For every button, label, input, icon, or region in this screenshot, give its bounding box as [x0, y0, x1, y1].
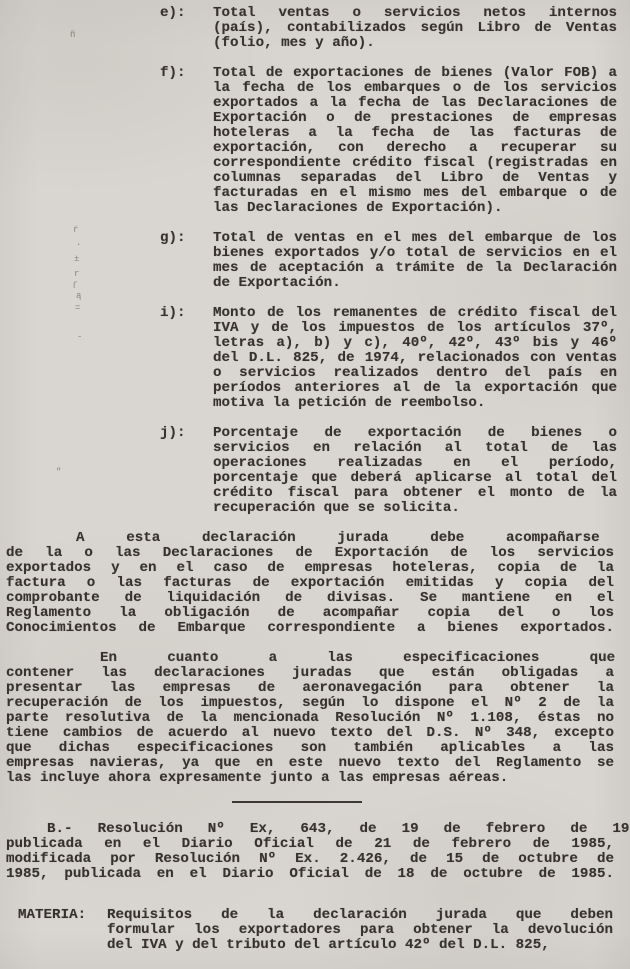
- text-line: factura o las facturas de exportación em…: [6, 576, 614, 591]
- text-line: Monto de los remanentes de crédito fisca…: [213, 306, 617, 321]
- text-line: motiva la petición de reembolso.: [213, 396, 617, 411]
- text-line: facturadas en el mismo mes del embarque …: [213, 186, 617, 201]
- text-line: o servicios realizados dentro del país e…: [213, 366, 617, 381]
- section-divider: [232, 801, 362, 803]
- text-line: del IVA y del tributo del artículo 42º d…: [107, 938, 613, 953]
- text-line: crédito fiscal para obtener el monto de …: [213, 486, 617, 501]
- item-i: i):Monto de los remanentes de crédito fi…: [6, 306, 614, 411]
- text-line: (folio, mes y año).: [213, 36, 617, 51]
- text-line: exportación, con derecho a recuperar su: [213, 141, 617, 156]
- text-line: tiene cambios de acuerdo al nuevo texto …: [6, 726, 614, 741]
- text-line: mes de aceptación a trámite de la Declar…: [213, 261, 617, 276]
- text-line: Conocimientos de Embarque correspondient…: [6, 621, 614, 636]
- text-line: del D.L. 825, de 1974, relacionados con …: [213, 351, 617, 366]
- item-letter-label: j):: [160, 426, 213, 516]
- text-line: contener las declaraciones juradas que e…: [6, 666, 614, 681]
- text-line: Reglamento la obligación de acompañar co…: [6, 606, 614, 621]
- scan-artifact-mark: ŕ: [73, 226, 78, 235]
- item-letter-label: f):: [160, 66, 213, 216]
- text-line: parte resolutiva de la mencionada Resolu…: [6, 711, 614, 726]
- text-line: las incluye ahora expresamente junto a l…: [6, 771, 614, 786]
- item-letter-label: e):: [160, 6, 213, 51]
- item-e: e):Total ventas o servicios netos intern…: [6, 6, 614, 51]
- materia-label: MATERIA:: [18, 908, 107, 953]
- text-line: columnas separadas del Libro de Ventas y: [213, 171, 617, 186]
- para-specifications: En cuanto a las especificaciones que deb…: [6, 651, 614, 786]
- para-attachments: A esta declaración jurada debe acompañar…: [6, 531, 614, 636]
- item-text-column: Total de ventas en el mes del embarque d…: [213, 231, 617, 291]
- text-line: la fecha de los embarques o de los servi…: [213, 81, 617, 96]
- text-line: de la o las Declaraciones de Exportación…: [6, 546, 614, 561]
- text-line: (país), contabilizados según Libro de Ve…: [213, 21, 617, 36]
- text-line: Total de ventas en el mes del embarque d…: [213, 231, 617, 246]
- item-f: f):Total de exportaciones de bienes (Val…: [6, 66, 614, 216]
- text-line: publicada en el Diario Oficial de 21 de …: [6, 837, 614, 852]
- scan-artifact-mark: ±: [74, 255, 79, 264]
- text-line: correspondiente crédito fiscal (registra…: [213, 156, 617, 171]
- scan-artifact-mark: =: [75, 304, 80, 313]
- text-line: servicios en relación al total de las: [213, 441, 617, 456]
- scan-artifact-mark: ": [56, 468, 61, 477]
- document-body: e):Total ventas o servicios netos intern…: [6, 6, 614, 953]
- scan-artifact-mark: ·: [76, 241, 81, 250]
- item-text-column: Total ventas o servicios netos internos(…: [213, 6, 617, 51]
- text-line: Requisitos de la declaración jurada que …: [107, 908, 613, 923]
- text-line: 1985, publicada en el Diario Oficial de …: [6, 867, 614, 882]
- scan-artifact-mark: ą: [76, 292, 81, 301]
- text-line: Exportación o de prestaciones de empresa…: [213, 111, 617, 126]
- text-line: exportados y en el caso de empresas hote…: [6, 561, 614, 576]
- text-line: comprobante de liquidación de divisas. S…: [6, 591, 614, 606]
- item-g: g):Total de ventas en el mes del embarqu…: [6, 231, 614, 291]
- scan-artifact-mark: ſ: [72, 282, 77, 291]
- text-line: hoteleras a la fecha de las facturas de: [213, 126, 617, 141]
- text-line: Total ventas o servicios netos internos: [213, 6, 617, 21]
- item-text-column: Requisitos de la declaración jurada que …: [107, 908, 613, 953]
- scan-artifact-mark: ñ: [70, 31, 75, 40]
- text-line: modificada por Resolución Nº Ex. 2.426, …: [6, 852, 614, 867]
- text-line: empresas navieras, ya que en este nuevo …: [6, 756, 614, 771]
- text-line: períodos anteriores al de la exportación…: [213, 381, 617, 396]
- text-line: las Declaraciones de Exportación).: [213, 201, 617, 216]
- item-letter-label: g):: [160, 231, 213, 291]
- text-line: presentar las empresas de aeronavegación…: [6, 681, 614, 696]
- scan-artifact-mark: -: [77, 333, 82, 342]
- text-line: B.- Resolución Nº Ex, 643, de 19 de febr…: [6, 822, 630, 837]
- item-j: j):Porcentaje de exportación de bienes o…: [6, 426, 614, 516]
- scan-artifact-mark: r: [74, 270, 79, 279]
- text-line: de Exportación.: [213, 276, 617, 291]
- text-line: A esta declaración jurada debe acompañar…: [6, 531, 630, 546]
- text-line: IVA y de los impuestos de los artículos …: [213, 321, 617, 336]
- text-line: recuperación de los impuestos, según lo …: [6, 696, 614, 711]
- text-line: Porcentaje de exportación de bienes o: [213, 426, 617, 441]
- text-line: Total de exportaciones de bienes (Valor …: [213, 66, 617, 81]
- scanned-page: e):Total ventas o servicios netos intern…: [0, 0, 630, 969]
- text-line: porcentaje que deberá aplicarse al total…: [213, 471, 617, 486]
- text-line: formular los exportadores para obtener l…: [107, 923, 613, 938]
- item-text-column: Total de exportaciones de bienes (Valor …: [213, 66, 617, 216]
- text-line: bienes exportados y/o total de servicios…: [213, 246, 617, 261]
- text-line: recuperación que se solicita.: [213, 501, 617, 516]
- text-line: En cuanto a las especificaciones que deb…: [6, 651, 630, 666]
- item-text-column: Porcentaje de exportación de bienes oser…: [213, 426, 617, 516]
- para-resolution-b: B.- Resolución Nº Ex, 643, de 19 de febr…: [6, 822, 614, 882]
- text-line: exportados a la fecha de las Declaracion…: [213, 96, 617, 111]
- item-letter-label: i):: [160, 306, 213, 411]
- text-line: que dichas especificaciones son también …: [6, 741, 614, 756]
- item-text-column: Monto de los remanentes de crédito fisca…: [213, 306, 617, 411]
- text-line: letras a), b) y c), 40º, 42º, 43º bis y …: [213, 336, 617, 351]
- materia: MATERIA:Requisitos de la declaración jur…: [6, 908, 614, 953]
- text-line: operaciones realizadas en el período,: [213, 456, 617, 471]
